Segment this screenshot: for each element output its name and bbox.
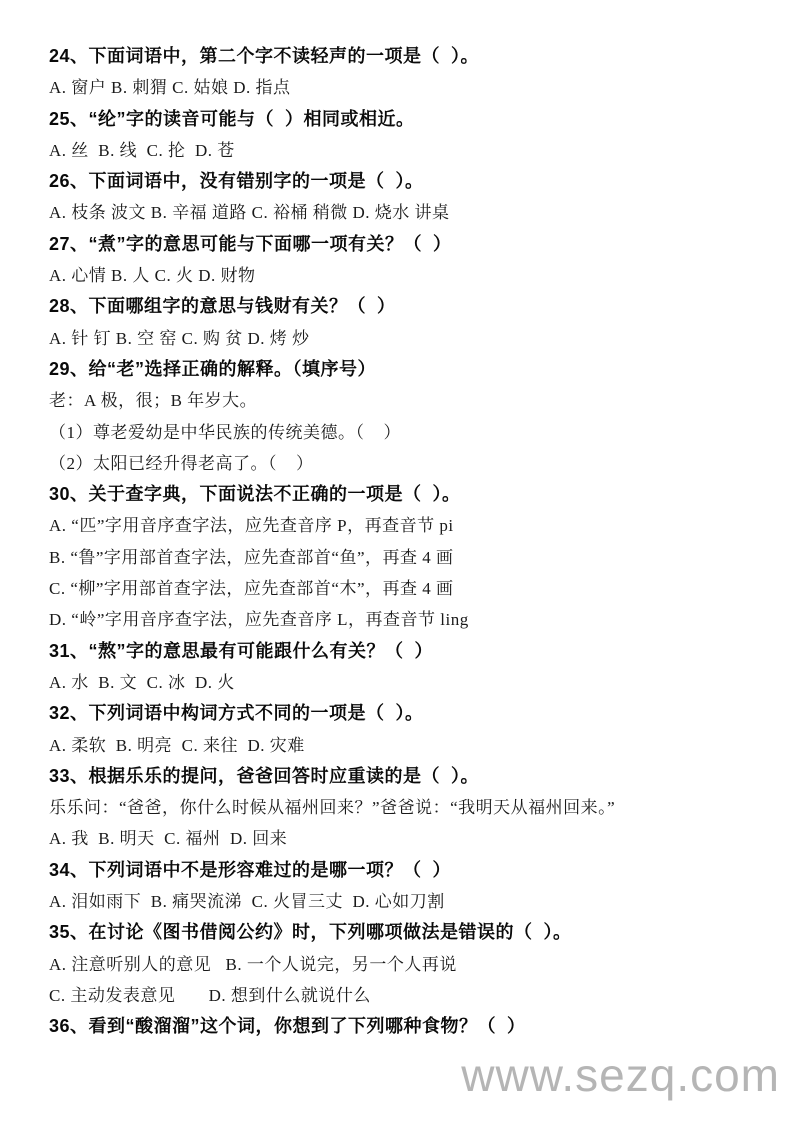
option-line: A. 我 B. 明天 C. 福州 D. 回来 [49, 823, 782, 854]
question-line: 28、下面哪组字的意思与钱财有关？（ ） [49, 291, 782, 322]
option-line: A. 泪如雨下 B. 痛哭流涕 C. 火冒三丈 D. 心如刀割 [49, 886, 782, 917]
question-line: 33、根据乐乐的提问，爸爸回答时应重读的是（ ）。 [49, 761, 782, 792]
option-line: C. 主动发表意见 D. 想到什么就说什么 [49, 980, 782, 1011]
worksheet-body: 24、下面词语中，第二个字不读轻声的一项是（ ）。A. 窗户 B. 刺猬 C. … [49, 41, 782, 1043]
question-line: 26、下面词语中，没有错别字的一项是（ ）。 [49, 166, 782, 197]
option-line: A. “匹”字用音序查字法，应先查音序 P，再查音节 pi [49, 510, 782, 541]
option-line: A. 注意听别人的意见 B. 一个人说完，另一个人再说 [49, 949, 782, 980]
question-line: 29、给“老”选择正确的解释。（填序号） [49, 354, 782, 385]
option-line: （1）尊老爱幼是中华民族的传统美德。（ ） [49, 417, 782, 448]
option-line: A. 柔软 B. 明亮 C. 来往 D. 灾难 [49, 730, 782, 761]
option-line: A. 丝 B. 线 C. 抡 D. 苍 [49, 135, 782, 166]
watermark: www.sezq.com [461, 1048, 780, 1102]
option-line: A. 针 钉 B. 空 窑 C. 购 贫 D. 烤 炒 [49, 323, 782, 354]
option-line: （2）太阳已经升得老高了。（ ） [49, 448, 782, 479]
option-line: D. “岭”字用音序查字法，应先查音序 L，再查音节 ling [49, 604, 782, 635]
question-line: 35、在讨论《图书借阅公约》时，下列哪项做法是错误的（ ）。 [49, 917, 782, 948]
option-line: A. 水 B. 文 C. 冰 D. 火 [49, 667, 782, 698]
option-line: 老：A 极，很；B 年岁大。 [49, 385, 782, 416]
question-line: 27、“煮”字的意思可能与下面哪一项有关？（ ） [49, 229, 782, 260]
question-line: 36、看到“酸溜溜”这个词，你想到了下列哪种食物？（ ） [49, 1011, 782, 1042]
question-line: 30、关于查字典，下面说法不正确的一项是（ ）。 [49, 479, 782, 510]
option-line: A. 枝条 波文 B. 辛福 道路 C. 裕桶 稍微 D. 烧水 讲桌 [49, 197, 782, 228]
worksheet-page: { "page": { "background": "#ffffff", "te… [0, 0, 800, 1131]
option-line: C. “柳”字用部首查字法，应先查部首“木”，再查 4 画 [49, 573, 782, 604]
question-line: 32、下列词语中构词方式不同的一项是（ ）。 [49, 698, 782, 729]
question-line: 24、下面词语中，第二个字不读轻声的一项是（ ）。 [49, 41, 782, 72]
option-line: 乐乐问：“爸爸，你什么时候从福州回来？”爸爸说：“我明天从福州回来。” [49, 792, 782, 823]
option-line: A. 心情 B. 人 C. 火 D. 财物 [49, 260, 782, 291]
question-line: 34、下列词语中不是形容难过的是哪一项？（ ） [49, 855, 782, 886]
question-line: 31、“熬”字的意思最有可能跟什么有关？（ ） [49, 636, 782, 667]
question-line: 25、“纶”字的读音可能与（ ）相同或相近。 [49, 104, 782, 135]
option-line: B. “鲁”字用部首查字法，应先查部首“鱼”，再查 4 画 [49, 542, 782, 573]
option-line: A. 窗户 B. 刺猬 C. 姑娘 D. 指点 [49, 72, 782, 103]
